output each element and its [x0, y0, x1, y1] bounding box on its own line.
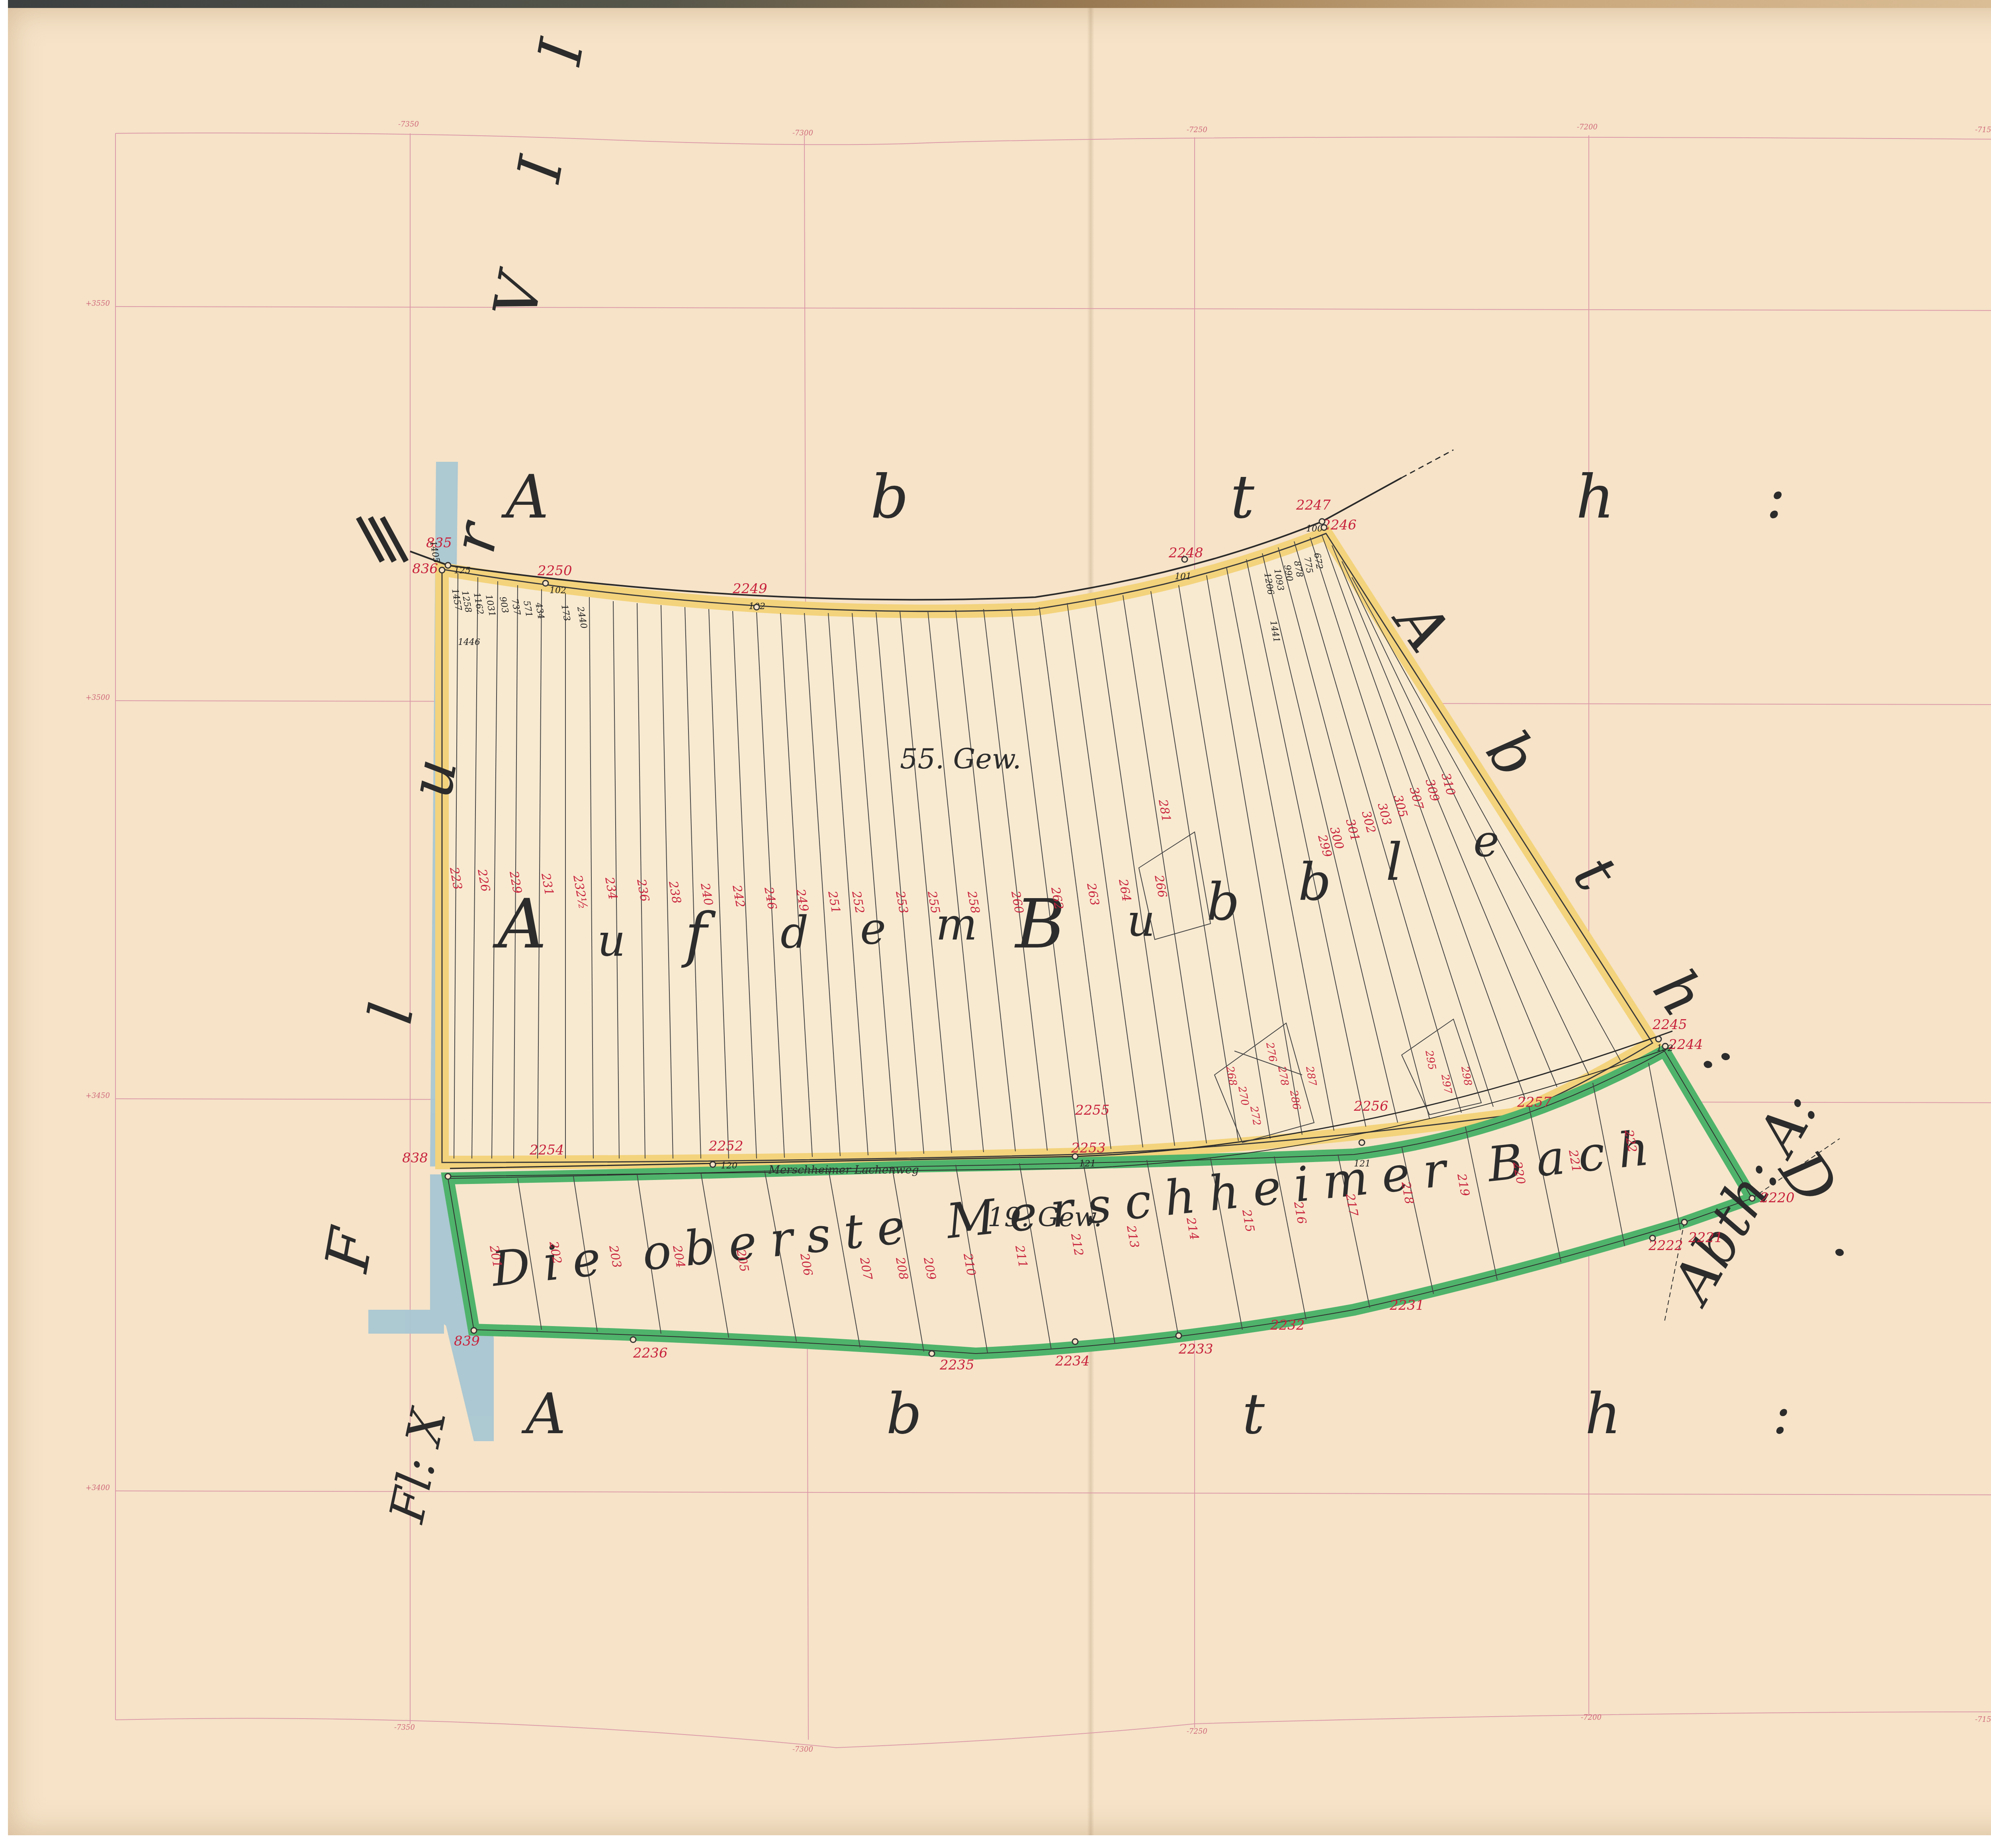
- svg-text:A: A: [493, 885, 547, 964]
- svg-text:2257: 2257: [1517, 1094, 1552, 1110]
- svg-text:b: b: [1298, 852, 1331, 912]
- grid-ticks-top: -7350 -7300 -7250 -7200 -7150: [398, 120, 1991, 137]
- svg-text:-7250: -7250: [1187, 126, 1207, 134]
- svg-text:2255: 2255: [1075, 1102, 1110, 1118]
- svg-text:2234: 2234: [1055, 1353, 1090, 1369]
- svg-text:2247: 2247: [1296, 497, 1331, 513]
- svg-text:2256: 2256: [1353, 1098, 1389, 1114]
- svg-text:+3400: +3400: [86, 1484, 110, 1492]
- svg-text:-7350: -7350: [394, 1723, 415, 1732]
- svg-text:-7150: -7150: [1975, 1715, 1991, 1724]
- svg-text:u: u: [597, 915, 626, 966]
- svg-text:d: d: [780, 907, 808, 958]
- svg-text:-7350: -7350: [398, 120, 419, 129]
- gewann-label-upper: 55. Gew.: [900, 742, 1021, 775]
- svg-text:2245: 2245: [1652, 1017, 1687, 1033]
- svg-text:121: 121: [1354, 1159, 1371, 1169]
- svg-text:-7250: -7250: [1187, 1727, 1207, 1736]
- svg-text:2235: 2235: [939, 1357, 974, 1373]
- svg-text:2221: 2221: [1688, 1230, 1723, 1246]
- svg-text:1446: 1446: [458, 637, 480, 647]
- svg-text:-7300: -7300: [792, 129, 813, 137]
- svg-text:+3500: +3500: [86, 693, 110, 702]
- svg-text:+3550: +3550: [86, 299, 110, 308]
- svg-text:2250: 2250: [537, 563, 572, 579]
- svg-text:2236: 2236: [633, 1345, 668, 1361]
- svg-text:2244: 2244: [1668, 1037, 1703, 1053]
- svg-text:2252: 2252: [708, 1138, 743, 1154]
- svg-text:839: 839: [454, 1333, 480, 1349]
- road-label: Merschheimer Lachenweg: [768, 1163, 919, 1176]
- neighbor-label-top: A b t h: E.: [501, 463, 1991, 532]
- svg-text:+3450: +3450: [86, 1092, 110, 1100]
- svg-text:e: e: [1473, 815, 1499, 866]
- svg-text:-7200: -7200: [1581, 1713, 1602, 1722]
- cadastral-map: -7350 -7300 -7250 -7200 -7150 +3550 +350…: [0, 0, 1991, 1848]
- svg-text:100: 100: [1306, 524, 1323, 534]
- svg-text:125: 125: [454, 566, 471, 576]
- svg-text:121: 121: [1079, 1159, 1096, 1169]
- svg-text:-7150: -7150: [1975, 126, 1991, 134]
- svg-text:b: b: [1207, 871, 1240, 932]
- flur-viii-mark: [358, 518, 406, 561]
- svg-text:l: l: [1386, 832, 1402, 892]
- svg-text:838: 838: [402, 1150, 428, 1166]
- svg-text:-7200: -7200: [1577, 123, 1598, 131]
- svg-text:120: 120: [721, 1161, 737, 1171]
- svg-text:2220: 2220: [1760, 1190, 1795, 1206]
- svg-text:-7300: -7300: [792, 1745, 813, 1754]
- svg-text:101: 101: [1175, 572, 1191, 582]
- svg-text:2232: 2232: [1270, 1317, 1305, 1333]
- grid-ticks-bottom: -7350 -7300 -7250 -7200 -7150: [394, 1713, 1991, 1754]
- neighbor-label-left-bottom: Fl: X: [379, 1403, 458, 1528]
- svg-text:2249: 2249: [732, 581, 767, 597]
- svg-text:2231: 2231: [1389, 1297, 1424, 1313]
- grid-ticks-left: +3550 +3500 +3450 +3400: [86, 299, 110, 1492]
- svg-text:2246: 2246: [1322, 517, 1357, 533]
- svg-text:102: 102: [550, 586, 566, 596]
- svg-text:2254: 2254: [529, 1142, 564, 1158]
- neighbor-label-bottom: A b t h: B.: [521, 1382, 1991, 1447]
- svg-text:2233: 2233: [1178, 1341, 1213, 1357]
